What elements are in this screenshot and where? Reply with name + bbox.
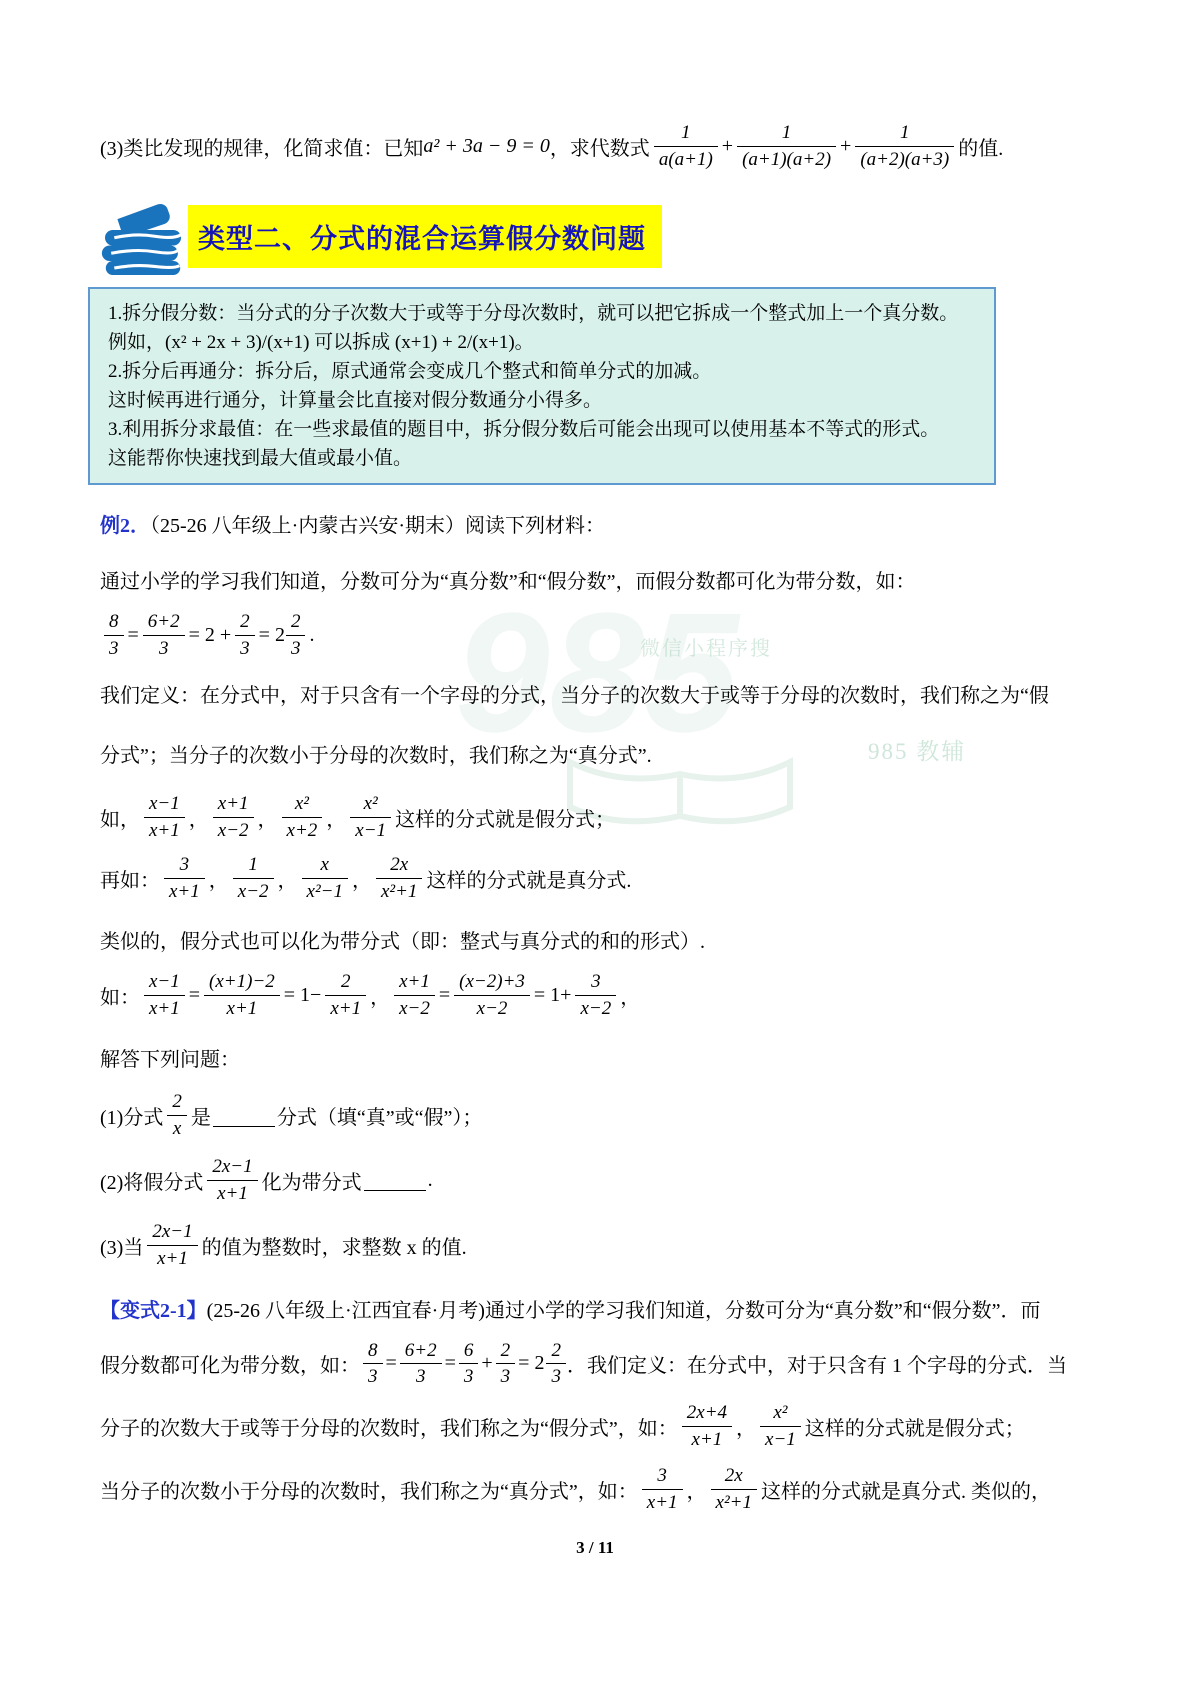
fraction-numerator: 6+2 <box>143 611 185 635</box>
plus-operator: + <box>481 1352 492 1375</box>
fraction-denominator: x+1 <box>204 995 280 1020</box>
comma: ， <box>326 803 346 832</box>
fraction-denominator: x+2 <box>282 817 323 842</box>
fraction-denominator: x+1 <box>682 1426 732 1451</box>
fraction-denominator: x+1 <box>325 995 366 1020</box>
mixed-number-equation: 83 = 6+23 = 2 + 23 = 2 23 . <box>100 611 1104 660</box>
equation-segment: = 1+ <box>534 984 572 1007</box>
books-icon <box>100 199 186 275</box>
question-text: . <box>428 1169 433 1192</box>
comma: ， <box>736 1412 756 1441</box>
fraction: 3x−2 <box>575 971 616 1020</box>
variant-line-4: 当分子的次数小于分母的次数时，我们称之为“真分式”，如： 3x+1 ， 2xx²… <box>100 1465 1104 1514</box>
comma: ， <box>352 864 372 893</box>
fraction-numerator: 2 <box>496 1340 516 1364</box>
fraction-numerator: 2x−1 <box>147 1221 197 1245</box>
conversion-equation: 如： x−1x+1 = (x+1)−2x+1 = 1− 2x+1 ， x+1x−… <box>100 971 1104 1020</box>
fraction: (x+1)−2x+1 <box>204 971 280 1020</box>
fraction-numerator: (x+1)−2 <box>204 971 280 995</box>
fraction-denominator: x+1 <box>144 995 185 1020</box>
equation-segment: = 2 <box>518 1352 544 1375</box>
fraction: 83 <box>104 611 124 660</box>
fraction-numerator: x <box>302 854 348 878</box>
fraction: xx²−1 <box>302 854 348 903</box>
fraction: x+1x−2 <box>394 971 435 1020</box>
comma: ， <box>189 803 209 832</box>
fraction-denominator: 3 <box>546 1363 566 1388</box>
line-suffix: ．我们定义：在分式中，对于只含有 1 个字母的分式．当 <box>567 1349 1067 1378</box>
example-2-heading: 例2．（25-26 八年级上·内蒙古兴安·期末）阅读下列材料： <box>100 511 1104 541</box>
comma: ， <box>258 803 278 832</box>
fraction: 6+23 <box>143 611 185 660</box>
fraction-numerator: 6+2 <box>400 1340 442 1364</box>
tip-line-2: 例如，(x² + 2x + 3)/(x+1) 可以拆成 (x+1) + 2/(x… <box>108 328 976 357</box>
material-paragraph-1: 通过小学的学习我们知道，分数可分为“真分数”和“假分数”，而假分数都可化为带分数… <box>100 567 1104 597</box>
comma: ， <box>209 864 229 893</box>
question-3: (3)当 2x−1x+1 的值为整数时，求整数 x 的值. <box>100 1221 1104 1270</box>
equals-sign: = <box>386 1352 397 1375</box>
line-prefix: 假分数都可化为带分数，如： <box>100 1349 360 1378</box>
variant-line-3: 分子的次数大于或等于分母的次数时，我们称之为“假分式”，如： 2x+4x+1 ，… <box>100 1402 1104 1451</box>
fraction: 23 <box>286 611 306 660</box>
tip-line-3: 2.拆分后再通分：拆分后，原式通常会变成几个整式和简单分式的加减。 <box>108 357 976 386</box>
fraction-denominator: 3 <box>235 635 255 660</box>
fraction-numerator: 2 <box>325 971 366 995</box>
fraction: 6+23 <box>400 1340 442 1389</box>
fraction-numerator: x² <box>760 1402 801 1426</box>
fraction-numerator: 1 <box>855 122 954 146</box>
definition-line-2: 分式”；当分子的次数小于分母的次数时，我们称之为“真分式”. <box>100 741 1104 771</box>
fraction-denominator: a(a+1) <box>654 146 718 171</box>
fraction-denominator: 3 <box>286 635 306 660</box>
line-suffix: 这样的分式就是真分式. 类似的， <box>761 1475 1051 1504</box>
fraction: x²x−1 <box>350 793 391 842</box>
fraction-numerator: x+1 <box>394 971 435 995</box>
comma: ， <box>687 1475 707 1504</box>
improper-fraction-examples: 如， x−1x+1 ， x+1x−2 ， x²x+2 ， x²x−1 这样的分式… <box>100 793 1104 842</box>
fraction-denominator: x−2 <box>213 817 254 842</box>
fraction-numerator: 2 <box>235 611 255 635</box>
fraction: 2x+4x+1 <box>682 1402 732 1451</box>
fraction-numerator: 1 <box>654 122 718 146</box>
fraction-denominator: x+1 <box>164 878 205 903</box>
line-suffix: 这样的分式就是假分式； <box>805 1412 1025 1441</box>
fraction-numerator: 1 <box>737 122 836 146</box>
question-text: 是 <box>191 1101 211 1130</box>
fraction-denominator: 3 <box>496 1363 516 1388</box>
fraction: 3x+1 <box>164 854 205 903</box>
fraction-denominator: (a+2)(a+3) <box>855 146 954 171</box>
similar-note: 类似的，假分式也可以化为带分式（即：整式与真分式的和的形式）. <box>100 927 1104 957</box>
fraction: 2xx²+1 <box>711 1465 757 1514</box>
problem-3-mid: ，求代数式 <box>550 132 650 161</box>
fraction-numerator: 8 <box>104 611 124 635</box>
variant-line-2: 假分数都可化为带分数，如： 83 = 6+23 = 63 + 23 = 2 23… <box>100 1340 1104 1389</box>
fraction-numerator: 3 <box>642 1465 683 1489</box>
question-2: (2)将假分式 2x−1x+1 化为带分式 . <box>100 1156 1104 1205</box>
problem-3-text: (3)类比发现的规律，化简求值：已知 <box>100 132 423 161</box>
fraction-denominator: x+1 <box>147 1245 197 1270</box>
fraction: x−1x+1 <box>144 971 185 1020</box>
fraction-denominator: 3 <box>459 1363 479 1388</box>
fraction: 1(a+1)(a+2) <box>737 122 836 171</box>
fraction-denominator: x−2 <box>575 995 616 1020</box>
fraction-denominator: 3 <box>104 635 124 660</box>
line-prefix: 分子的次数大于或等于分母的次数时，我们称之为“假分式”，如： <box>100 1412 678 1441</box>
fraction: x+1x−2 <box>213 793 254 842</box>
fraction-numerator: 2 <box>286 611 306 635</box>
fraction-denominator: x+1 <box>642 1489 683 1514</box>
question-text: 化为带分式 <box>262 1166 362 1195</box>
section-title: 类型二、分式的混合运算假分数问题 <box>188 205 662 268</box>
fraction-denominator: x−2 <box>233 878 274 903</box>
fraction-denominator: x−1 <box>760 1426 801 1451</box>
fraction-numerator: 1 <box>233 854 274 878</box>
answer-prompt: 解答下列问题： <box>100 1045 1104 1075</box>
row-prefix: 再如： <box>100 864 160 893</box>
fraction-denominator: (a+1)(a+2) <box>737 146 836 171</box>
question-text: 分式（填“真”或“假”）； <box>277 1101 483 1130</box>
fraction-denominator: x²+1 <box>376 878 422 903</box>
row-suffix: 这样的分式就是真分式. <box>426 864 631 893</box>
example-2-label: 例2． <box>100 515 150 537</box>
fraction-numerator: 6 <box>459 1340 479 1364</box>
equals-sign: = <box>128 624 139 647</box>
fraction-numerator: 2x+4 <box>682 1402 732 1426</box>
fraction: 63 <box>459 1340 479 1389</box>
row-suffix: 这样的分式就是假分式； <box>395 803 615 832</box>
fraction-denominator: x−2 <box>394 995 435 1020</box>
worksheet-page: { "page": { "footer": "3 / 11" }, "color… <box>0 0 1190 1683</box>
equation-prefix: 如： <box>100 981 140 1010</box>
fraction: 23 <box>235 611 255 660</box>
question-text: (3)当 <box>100 1231 143 1260</box>
section-header: 类型二、分式的混合运算假分数问题 <box>100 199 1104 275</box>
fraction-numerator: x² <box>282 793 323 817</box>
fraction-numerator: x−1 <box>144 793 185 817</box>
fraction-numerator: 2x <box>376 854 422 878</box>
fraction-denominator: 3 <box>400 1363 442 1388</box>
line-prefix: 当分子的次数小于分母的次数时，我们称之为“真分式”，如： <box>100 1475 638 1504</box>
fraction: 2x−1x+1 <box>147 1221 197 1270</box>
fraction-numerator: 2 <box>167 1091 187 1115</box>
question-text: 的值为整数时，求整数 x 的值. <box>202 1231 467 1260</box>
fraction-numerator: 8 <box>363 1340 383 1364</box>
fraction-denominator: x+1 <box>144 817 185 842</box>
fraction-numerator: 2x <box>711 1465 757 1489</box>
tip-line-1: 1.拆分假分数：当分式的分子次数大于或等于分母次数时，就可以把它拆成一个整式加上… <box>108 299 976 328</box>
fraction: x−1x+1 <box>144 793 185 842</box>
equation-segment: = 2 + <box>189 624 232 647</box>
equation-segment: = 1− <box>284 984 322 1007</box>
fraction-denominator: 3 <box>143 635 185 660</box>
tip-box: 1.拆分假分数：当分式的分子次数大于或等于分母次数时，就可以把它拆成一个整式加上… <box>88 287 996 485</box>
fraction: x²x+2 <box>282 793 323 842</box>
variant-2-1-label: 【变式2-1】 <box>100 1300 207 1322</box>
fraction: (x−2)+3x−2 <box>454 971 530 1020</box>
problem-3-suffix: 的值. <box>958 132 1003 161</box>
comma: ， <box>620 981 640 1010</box>
fraction-denominator: x+1 <box>207 1180 257 1205</box>
page-number: 3 / 11 <box>0 1538 1190 1558</box>
fraction-denominator: x²+1 <box>711 1489 757 1514</box>
fraction-numerator: x² <box>350 793 391 817</box>
fraction-denominator: x²−1 <box>302 878 348 903</box>
plus-operator: + <box>840 135 851 158</box>
row-prefix: 如， <box>100 803 140 832</box>
question-text: (1)分式 <box>100 1101 163 1130</box>
fraction: 1(a+2)(a+3) <box>855 122 954 171</box>
fraction-denominator: x−1 <box>350 817 391 842</box>
example-2-source: （25-26 八年级上·内蒙古兴安·期末）阅读下列材料： <box>150 515 605 537</box>
fraction-numerator: 2x−1 <box>207 1156 257 1180</box>
fraction-denominator: x−2 <box>454 995 530 1020</box>
fraction: 2x <box>167 1091 187 1140</box>
fraction: 23 <box>546 1340 566 1389</box>
question-1: (1)分式 2x 是 分式（填“真”或“假”）； <box>100 1091 1104 1140</box>
answer-blank <box>364 1169 426 1191</box>
fraction-denominator: x <box>167 1115 187 1140</box>
equals-sign: = <box>189 984 200 1007</box>
fraction: 1a(a+1) <box>654 122 718 171</box>
definition-line-1: 我们定义：在分式中，对于只含有一个字母的分式，当分子的次数大于或等于分母的次数时… <box>100 681 1104 711</box>
fraction-denominator: 3 <box>363 1363 383 1388</box>
plus-operator: + <box>722 135 733 158</box>
equals-sign: = <box>445 1352 456 1375</box>
fraction: x²x−1 <box>760 1402 801 1451</box>
fraction-numerator: 2 <box>546 1340 566 1364</box>
proper-fraction-examples: 再如： 3x+1 ， 1x−2 ， xx²−1 ， 2xx²+1 这样的分式就是… <box>100 854 1104 903</box>
period: . <box>309 624 314 647</box>
comma: ， <box>278 864 298 893</box>
fraction-numerator: 3 <box>164 854 205 878</box>
fraction: 23 <box>496 1340 516 1389</box>
answer-blank <box>213 1105 275 1127</box>
fraction: 1x−2 <box>233 854 274 903</box>
fraction: 2x−1x+1 <box>207 1156 257 1205</box>
comma: ， <box>370 981 390 1010</box>
fraction-numerator: (x−2)+3 <box>454 971 530 995</box>
fraction-numerator: 3 <box>575 971 616 995</box>
tip-line-6: 这能帮你快速找到最大值或最小值。 <box>108 444 976 473</box>
page-content: (3)类比发现的规律，化简求值：已知a² + 3a − 9 = 0，求代数式 1… <box>100 0 1104 1514</box>
variant-2-1-heading: 【变式2-1】(25-26 八年级上·江西宜春·月考)通过小学的学习我们知道，分… <box>100 1296 1104 1326</box>
tip-line-4: 这时候再进行通分，计算量会比直接对假分数通分小得多。 <box>108 386 976 415</box>
fraction-numerator: x+1 <box>213 793 254 817</box>
problem-3-line: (3)类比发现的规律，化简求值：已知a² + 3a − 9 = 0，求代数式 1… <box>100 122 1104 171</box>
fraction: 83 <box>363 1340 383 1389</box>
fraction: 2xx²+1 <box>376 854 422 903</box>
variant-2-1-source: (25-26 八年级上·江西宜春·月考)通过小学的学习我们知道，分数可分为“真分… <box>207 1300 1041 1322</box>
question-text: (2)将假分式 <box>100 1166 203 1195</box>
tip-line-5: 3.利用拆分求最值：在一些求最值的题目中，拆分假分数后可能会出现可以使用基本不等… <box>108 415 976 444</box>
given-equation: a² + 3a − 9 = 0 <box>423 135 549 158</box>
fraction-numerator: x−1 <box>144 971 185 995</box>
fraction: 3x+1 <box>642 1465 683 1514</box>
equation-segment: = 2 <box>259 624 285 647</box>
fraction: 2x+1 <box>325 971 366 1020</box>
equals-sign: = <box>439 984 450 1007</box>
